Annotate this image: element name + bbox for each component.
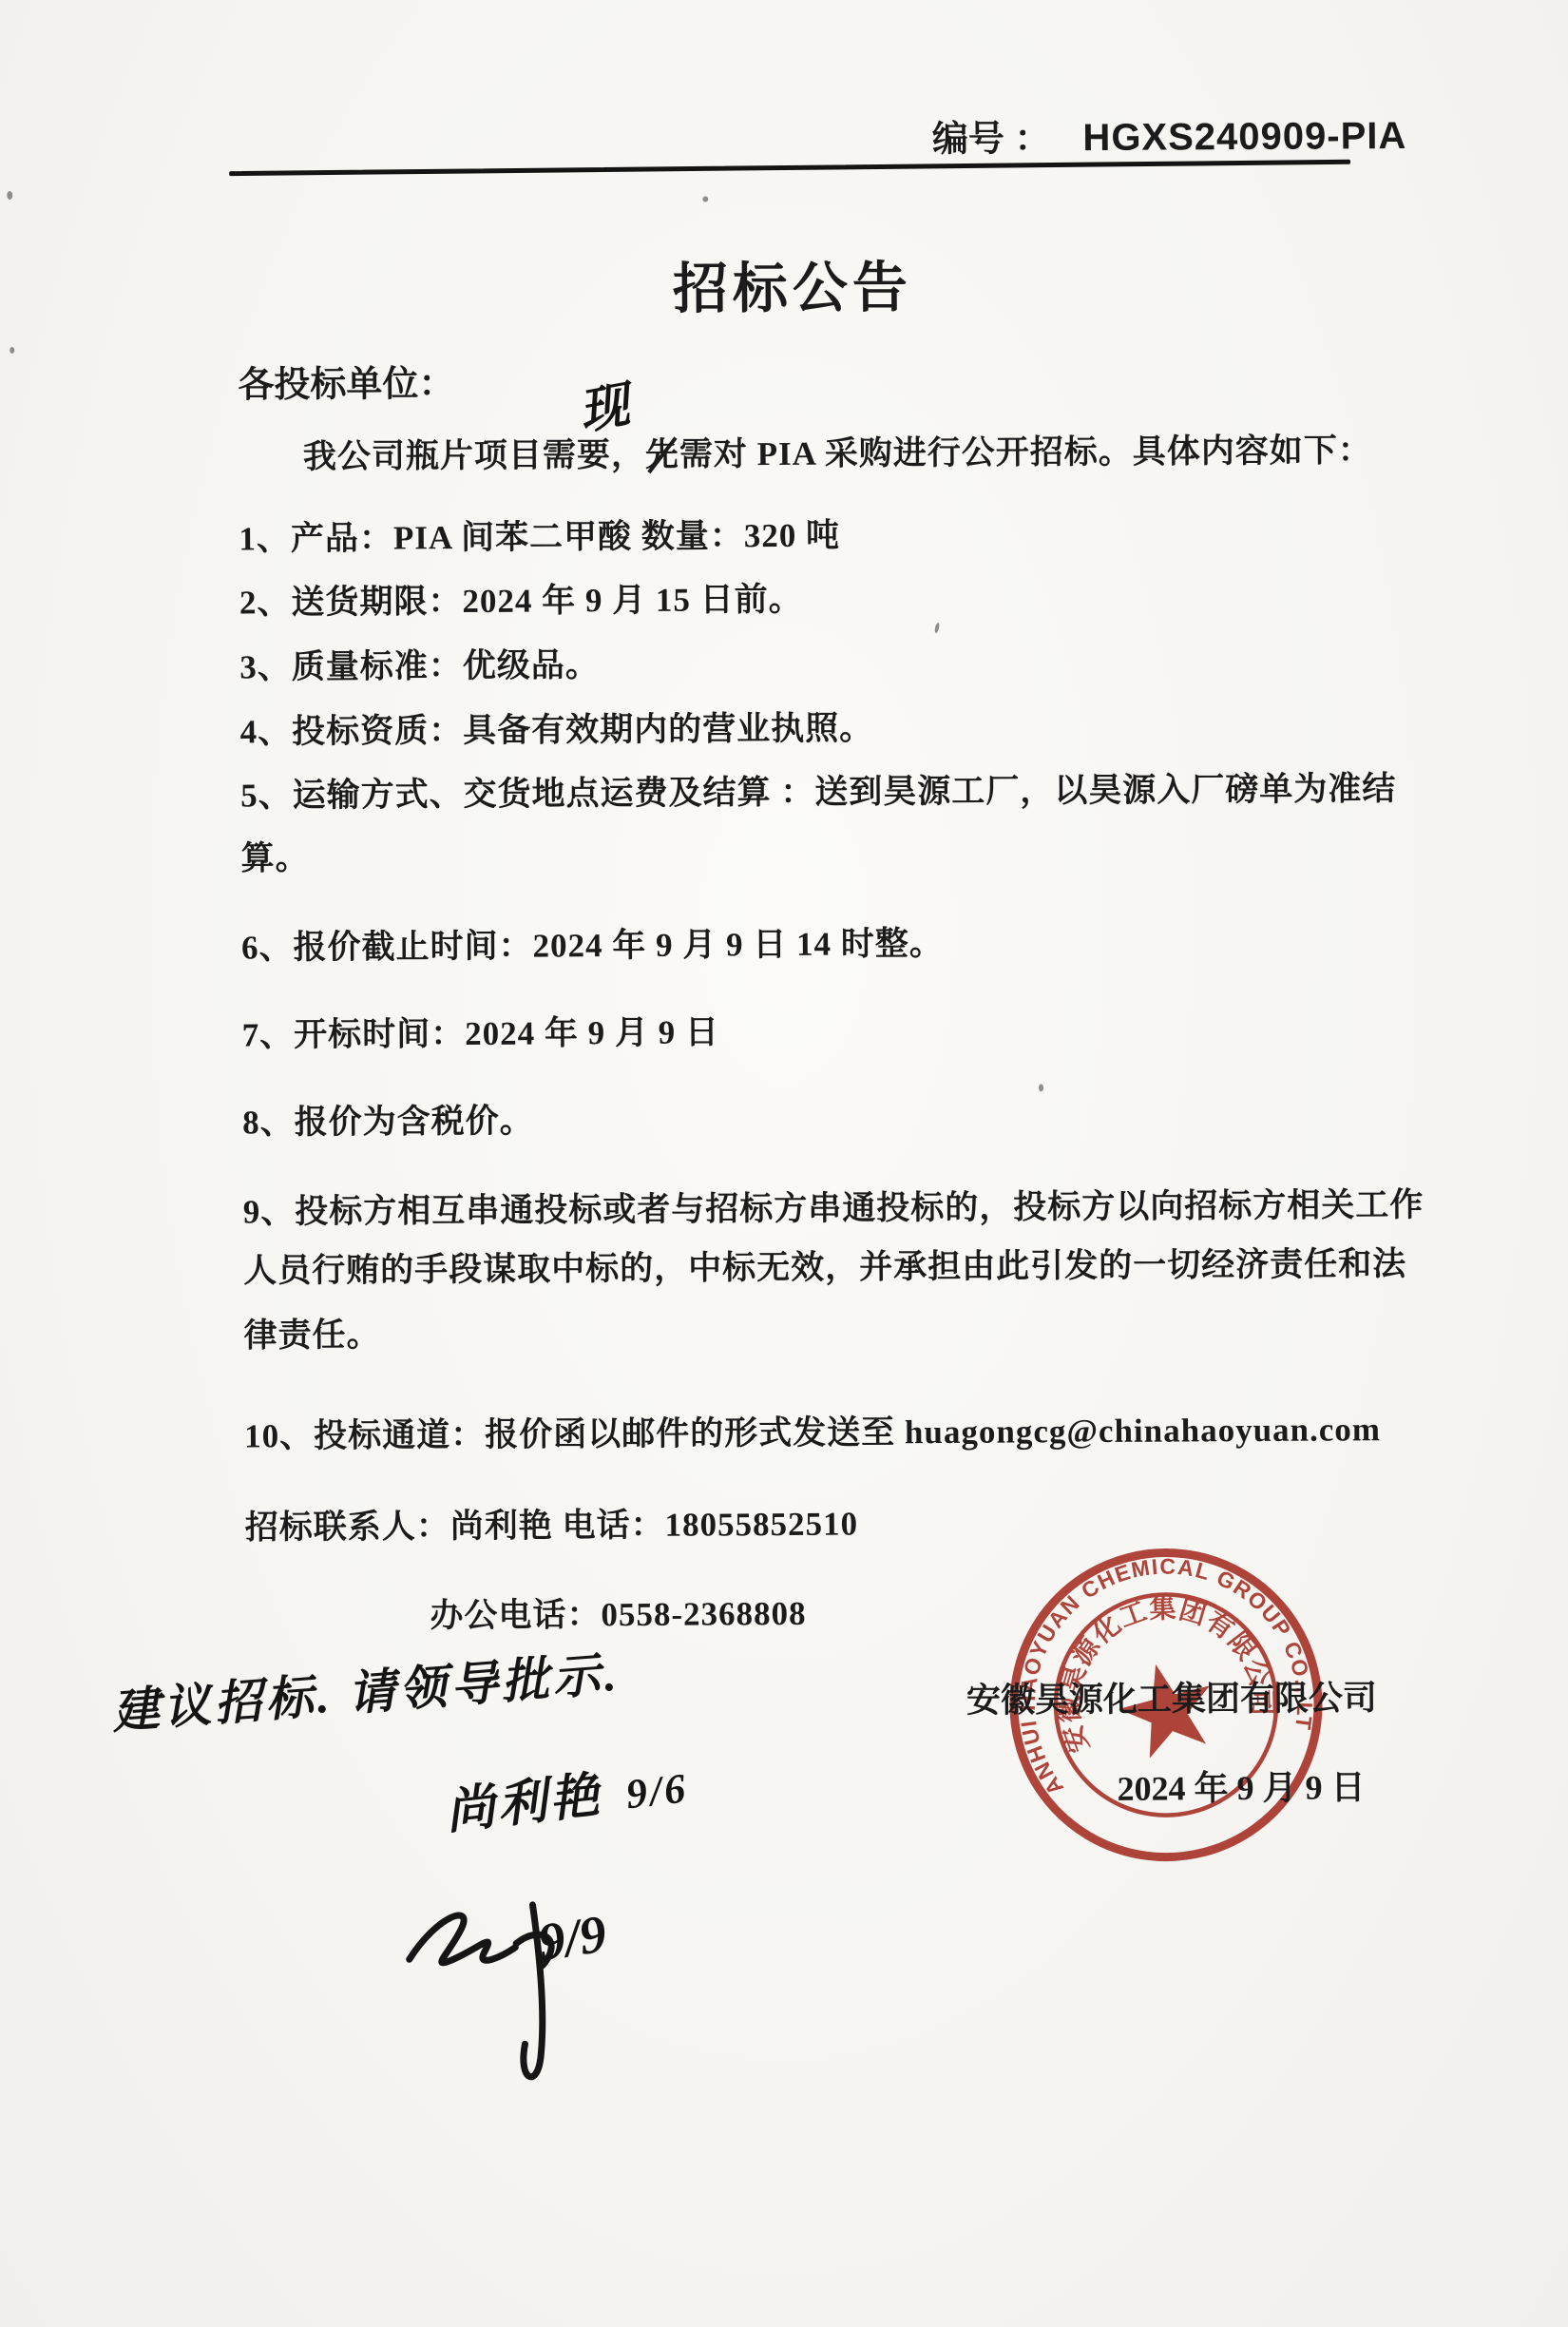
approval-scrawl-date: 9/9 bbox=[534, 1904, 610, 1974]
scan-speck bbox=[702, 196, 708, 202]
scan-speck bbox=[10, 347, 14, 354]
company-name: 安徽昊源化工集团有限公司 bbox=[966, 1671, 1377, 1722]
list-item-5-line-2: 算。 bbox=[240, 832, 309, 879]
document-number-value: HGXS240909-PIA bbox=[1082, 115, 1406, 159]
list-item-3: 3、质量标准：优级品。 bbox=[239, 639, 600, 688]
bid-channel-text: 10、投标通道：报价函以邮件的形式发送至 bbox=[244, 1414, 905, 1454]
scanned-tender-document: 编号 ：HGXS240909-PIA 招标公告 各投标单位： 我公司瓶片项目需要… bbox=[0, 0, 1568, 2327]
struck-character: 先 bbox=[645, 429, 679, 476]
handwritten-approval-note: 建议招标. 请领导批示. bbox=[109, 1636, 621, 1742]
list-item-10: 10、投标通道：报价函以邮件的形式发送至 huagongcg@chinahaoy… bbox=[244, 1403, 1381, 1457]
list-item-8: 8、报价为含税价。 bbox=[242, 1095, 534, 1144]
salutation-line: 各投标单位： bbox=[238, 354, 454, 407]
scan-speck bbox=[1039, 1084, 1043, 1091]
signature-date: 9/6 bbox=[623, 1764, 690, 1817]
list-item-9-line-3: 律责任。 bbox=[243, 1309, 380, 1357]
list-item-2: 2、送货期限：2024 年 9 月 15 日前。 bbox=[239, 573, 803, 625]
list-item-9-line-1: 9、投标方相互串通投标或者与招标方串通投标的，投标方以向招标方相关工作 bbox=[243, 1179, 1425, 1234]
document-content: 编号 ：HGXS240909-PIA 招标公告 各投标单位： 我公司瓶片项目需要… bbox=[0, 0, 1568, 2327]
handwritten-signature: 尚利艳9/6 bbox=[441, 1744, 691, 1842]
list-item-6: 6、报价截止时间：2024 年 9 月 9 日 14 时整。 bbox=[241, 917, 944, 970]
scan-speck bbox=[7, 191, 12, 200]
contact-line: 招标联系人：尚利艳 电话：18055852510 bbox=[245, 1498, 859, 1549]
document-number: 编号 ：HGXS240909-PIA bbox=[932, 106, 1407, 162]
list-item-7: 7、开标时间：2024 年 9 月 9 日 bbox=[241, 1006, 719, 1056]
document-number-label: 编号 ： bbox=[932, 119, 1051, 160]
signer-name: 尚利艳 bbox=[443, 1768, 604, 1839]
header-divider-line bbox=[229, 160, 1350, 176]
office-phone-line: 办公电话：0558-2368808 bbox=[430, 1587, 806, 1637]
intro-paragraph: 我公司瓶片项目需要，先需对 PIA 采购进行公开招标。具体内容如下： bbox=[303, 424, 1372, 478]
list-item-9-line-2: 人员行贿的手段谋取中标的，中标无效，并承担由此引发的一切经济责任和法 bbox=[243, 1238, 1406, 1292]
list-item-1: 1、产品：PIA 间苯二甲酸 数量：320 吨 bbox=[239, 510, 840, 561]
list-item-5-line-1: 5、运输方式、交货地点运费及结算 ：送到昊源工厂，以昊源入厂磅单为准结 bbox=[240, 762, 1397, 817]
bid-email: huagongcg@chinahaoyuan.com bbox=[905, 1411, 1381, 1451]
page-title: 招标公告 bbox=[673, 242, 913, 324]
intro-suffix: 需对 PIA 采购进行公开招标。具体内容如下： bbox=[679, 432, 1372, 472]
scan-speck bbox=[934, 623, 940, 634]
document-date: 2024 年 9 月 9 日 bbox=[1117, 1760, 1365, 1811]
list-item-4: 4、投标资质：具备有效期内的营业执照。 bbox=[240, 702, 874, 753]
intro-prefix: 我公司瓶片项目需要， bbox=[303, 436, 645, 475]
